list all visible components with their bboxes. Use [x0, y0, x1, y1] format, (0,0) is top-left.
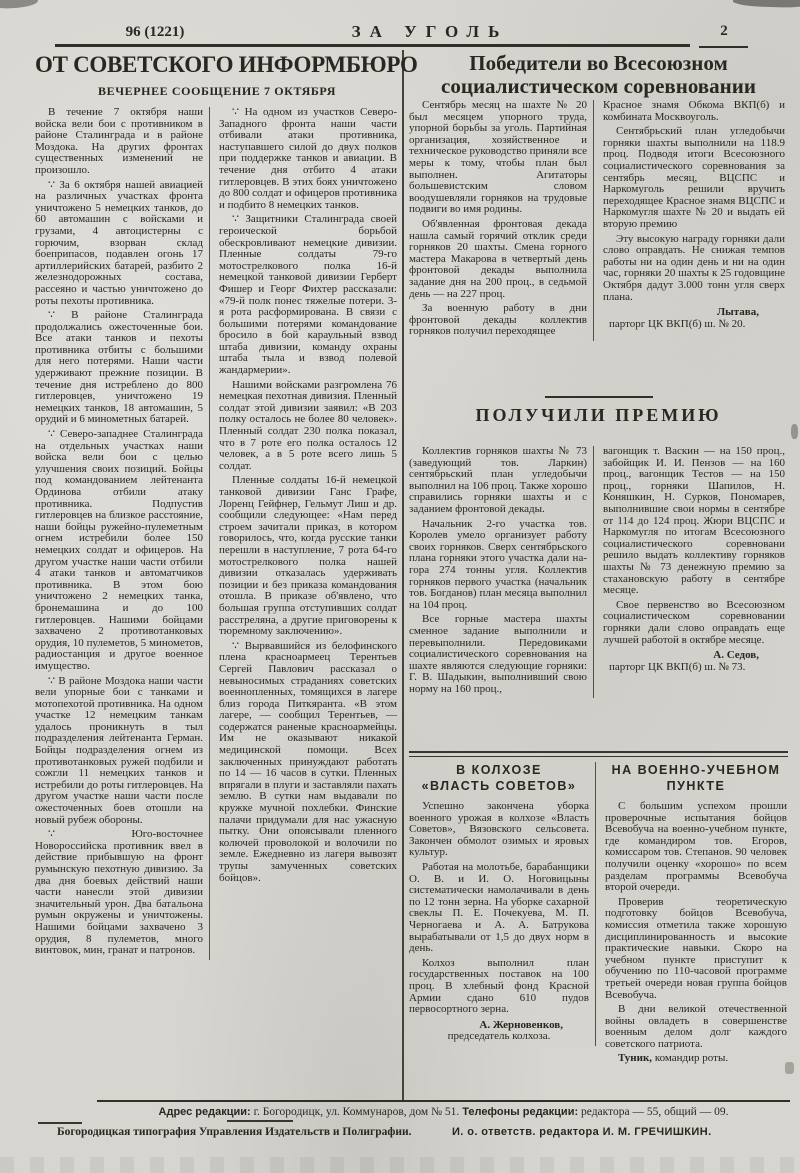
article-paragraph: вагонщик т. Васкин — на 150 проц., забой…	[603, 446, 785, 597]
column-3: Сентябрь месяц на шахте № 20 был месяцем…	[409, 100, 594, 341]
signature-name: Лытава,	[603, 307, 785, 319]
article-paragraph: С большим успехом прошли проверочные исп…	[605, 801, 787, 894]
article-paragraph: ∵ Вырвавшийся из белофинского плена крас…	[219, 641, 397, 884]
signature-role: парторг ЦК ВКП(б) ш. № 73.	[603, 662, 785, 674]
address-label: Адрес редакции:	[159, 1106, 251, 1118]
footer-printing-house: Богородицкая типография Управления Издат…	[57, 1126, 411, 1138]
page-number: 2	[703, 23, 745, 40]
section-subtitle-evening-report: ВЕЧЕРНЕЕ СООБЩЕНИЕ 7 ОКТЯБРЯ	[35, 84, 399, 99]
article-paragraph: ∵ За 6 октября нашей авиацией на различн…	[35, 180, 203, 308]
scan-smudge-top-left	[0, 0, 38, 10]
scan-smudge-top-right	[733, 0, 800, 8]
footer-editor-line: И. о. ответств. редактора И. М. ГРЕЧИШКИ…	[452, 1126, 712, 1138]
issue-number: 96 (1221)	[88, 24, 222, 41]
competition-article-columns: Сентябрь месяц на шахте № 20 был месяцем…	[409, 100, 785, 398]
article-paragraph: Свое первенство во Всесоюзном социалисти…	[603, 600, 785, 646]
premium-columns: Коллектив горняков шахты № 73 (заведующи…	[409, 446, 785, 748]
title-line-1: В КОЛХОЗЕ	[409, 762, 589, 778]
scan-speck	[791, 424, 798, 439]
section-title-competition: Победители во Всесоюзном социалистическо…	[409, 52, 788, 98]
article-paragraph: Пленные солдаты 16-й немецкой танковой д…	[219, 475, 397, 637]
address-text: г. Богородицк, ул. Коммунаров, дом № 51.	[254, 1106, 460, 1118]
sovinformburo-section: ОТ СОВЕТСКОГО ИНФОРМБЮРО ВЕЧЕРНЕЕ СООБЩЕ…	[35, 52, 399, 1092]
masthead-title: ЗА УГОЛЬ	[300, 22, 560, 42]
newspaper-page: 96 (1221) ЗА УГОЛЬ 2 ОТ СОВЕТСКОГО ИНФОР…	[0, 0, 800, 1173]
column-1: В течение 7 октября наши войска вели бои…	[35, 107, 210, 960]
article-paragraph: Начальник 2-го участка тов. Королев умел…	[409, 519, 587, 612]
article-paragraph: Сентябрь месяц на шахте № 20 был месяцем…	[409, 100, 587, 216]
article-paragraph: ∵ На одном из участков Северо-Западного …	[219, 107, 397, 211]
signature-role: парторг ЦК ВКП(б) ш. № 20.	[603, 319, 785, 331]
signature-name: А. Седов,	[603, 650, 785, 662]
section-title-sovinformburo: ОТ СОВЕТСКОГО ИНФОРМБЮРО	[35, 52, 399, 78]
sovinformburo-columns: В течение 7 октября наши войска вели бои…	[35, 107, 399, 1092]
article-paragraph: Проверив теоретическую подготовку бойцов…	[605, 897, 787, 1001]
editor-name: И. М. ГРЕЧИШКИН.	[603, 1126, 712, 1138]
article-paragraph: Работая на молотьбе, барабанщики О. В. и…	[409, 862, 589, 955]
article-paragraph: Колхоз выполнил план государственных пос…	[409, 958, 589, 1016]
scan-noise-strip	[0, 1157, 800, 1173]
page-number-rule	[699, 46, 748, 48]
title-line-2: ПУНКТЕ	[605, 778, 787, 794]
article-paragraph: Нашими войсками разгромлена 76 немецкая …	[219, 380, 397, 473]
footer-dash-rule	[227, 1120, 293, 1122]
signature-name: Туник,	[618, 1052, 652, 1064]
column-4: вагонщик т. Васкин — на 150 проц., забой…	[594, 446, 785, 676]
bottom-subsections: В КОЛХОЗЕ «ВЛАСТЬ СОВЕТОВ» Успешно закон…	[409, 762, 787, 1082]
article-paragraph: Коллектив горняков шахты № 73 (заведующи…	[409, 446, 587, 516]
article-paragraph: ∵ В районе Моздока наши части вели упорн…	[35, 676, 203, 827]
article-paragraph: В дни великой отечественной войны овладе…	[605, 1004, 787, 1050]
article-paragraph: Все горные мастера шахты сменное задание…	[409, 614, 587, 695]
article-paragraph: Успешно закончена уборка военного урожая…	[409, 801, 589, 859]
article-paragraph: В течение 7 октября наши войска вели бои…	[35, 107, 203, 177]
article-paragraph: ∵ Северо-западнее Сталинграда на отдельн…	[35, 429, 203, 672]
article-paragraph: Эту высокую награду горняки дали слово о…	[603, 234, 785, 304]
footer-rule	[97, 1100, 790, 1102]
title-line-2: «ВЛАСТЬ СОВЕТОВ»	[409, 778, 589, 794]
section-title-kolkhoz: В КОЛХОЗЕ «ВЛАСТЬ СОВЕТОВ»	[409, 762, 589, 794]
footer-dash-rule	[38, 1122, 82, 1124]
scan-speck	[785, 1062, 794, 1074]
section-title-premium: ПОЛУЧИЛИ ПРЕМИЮ	[409, 405, 788, 426]
signature-role: командир роты.	[655, 1052, 728, 1064]
signature-line: Туник, командир роты.	[605, 1053, 787, 1065]
article-paragraph: Об'явленная фронтовая декада нашла самый…	[409, 219, 587, 300]
phones-label: Телефоны редакции:	[462, 1106, 578, 1118]
kolkhoz-section: В КОЛХОЗЕ «ВЛАСТЬ СОВЕТОВ» Успешно закон…	[409, 762, 596, 1046]
column-2: ∵ На одном из участков Северо-Западного …	[210, 107, 397, 887]
article-paragraph: Красное знамя Обкома ВКП(б) и комбината …	[603, 100, 785, 123]
title-line-1: Победители во Всесоюзном	[409, 52, 788, 75]
phones-text: редактора — 55, общий — 09.	[581, 1106, 728, 1118]
header-rule	[55, 44, 690, 47]
premium-header: ПОЛУЧИЛИ ПРЕМИЮ	[409, 396, 788, 426]
article-paragraph: ∵ Защитники Сталинграда своей героическо…	[219, 214, 397, 376]
title-line-2: социалистическом соревновании	[409, 75, 788, 98]
title-line-1: НА ВОЕННО-УЧЕБНОМ	[605, 762, 787, 778]
article-paragraph: За военную работу в дни фронтовой декады…	[409, 303, 587, 338]
article-paragraph: ∵ Юго-восточнее Новороссийска противник …	[35, 829, 203, 957]
column-3: Коллектив горняков шахты № 73 (заведующи…	[409, 446, 594, 698]
editor-prefix: И. о. ответств. редактора	[452, 1126, 599, 1138]
double-rule-divider	[409, 751, 788, 757]
signature-role: председатель колхоза.	[409, 1031, 589, 1043]
article-paragraph: ∵ В районе Сталинграда продолжались ожес…	[35, 310, 203, 426]
footer-address-line: Адрес редакции: г. Богородицк, ул. Комму…	[97, 1106, 790, 1118]
section-title-military: НА ВОЕННО-УЧЕБНОМ ПУНКТЕ	[605, 762, 787, 794]
military-training-section: НА ВОЕННО-УЧЕБНОМ ПУНКТЕ С большим успех…	[596, 762, 787, 1068]
column-4: Красное знамя Обкома ВКП(б) и комбината …	[594, 100, 785, 333]
competition-section: Победители во Всесоюзном социалистическо…	[409, 52, 788, 1082]
premium-header-rule	[545, 396, 653, 398]
center-column-divider	[402, 50, 404, 1100]
article-paragraph: Сентябрьский план угледобычи горняки шах…	[603, 126, 785, 230]
